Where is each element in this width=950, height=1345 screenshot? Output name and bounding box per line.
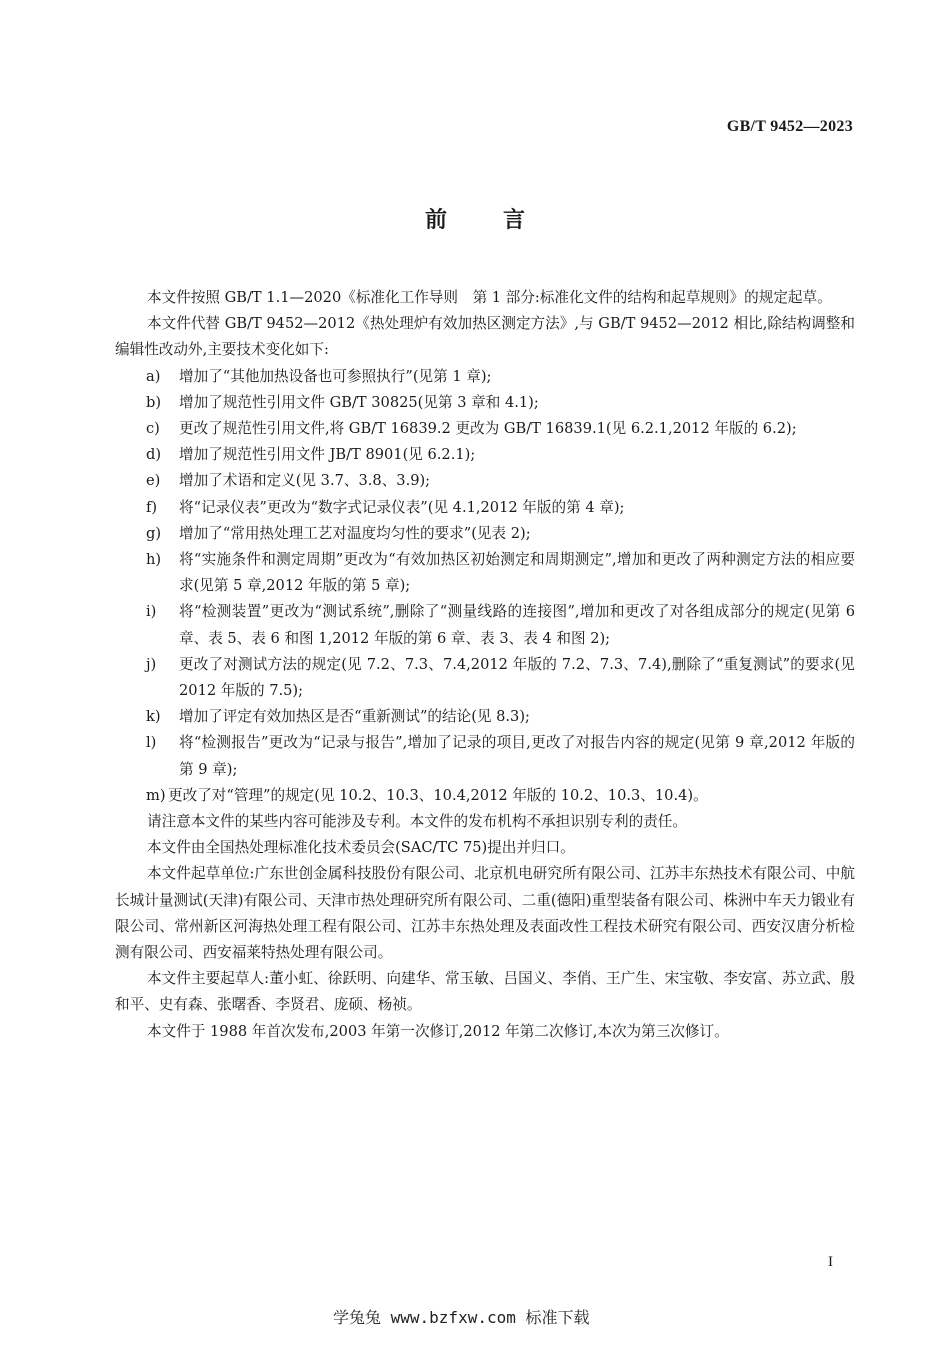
list-text: 更改了对测试方法的规定(见 7.2、7.3、7.4,2012 年版的 7.2、7…	[179, 652, 855, 704]
list-label: i)	[146, 599, 179, 651]
list-label: e)	[146, 468, 179, 494]
document-code: GB/T 9452—2023	[727, 118, 853, 136]
list-label: g)	[146, 521, 179, 547]
list-label: c)	[146, 416, 179, 442]
list-item: l)将“检测报告”更改为“记录与报告”,增加了记录的项目,更改了对报告内容的规定…	[115, 730, 855, 782]
list-item: a)增加了“其他加热设备也可参照执行”(见第 1 章);	[115, 364, 855, 390]
list-text: 增加了“其他加热设备也可参照执行”(见第 1 章);	[179, 364, 855, 390]
paragraph-replacement: 本文件代替 GB/T 9452—2012《热处理炉有效加热区测定方法》,与 GB…	[115, 311, 855, 363]
list-item: f)将“记录仪表”更改为“数字式记录仪表”(见 4.1,2012 年版的第 4 …	[115, 495, 855, 521]
list-label: f)	[146, 495, 179, 521]
list-label: k)	[146, 704, 179, 730]
list-item: b)增加了规范性引用文件 GB/T 30825(见第 3 章和 4.1);	[115, 390, 855, 416]
technical-changes-list: a)增加了“其他加热设备也可参照执行”(见第 1 章); b)增加了规范性引用文…	[115, 364, 855, 809]
list-item: k)增加了评定有效加热区是否“重新测试”的结论(见 8.3);	[115, 704, 855, 730]
list-label: j)	[146, 652, 179, 704]
list-label: b)	[146, 390, 179, 416]
list-text: 将“检测装置”更改为“测试系统”,删除了“测量线路的连接图”,增加和更改了对各组…	[179, 599, 855, 651]
paragraph-history: 本文件于 1988 年首次发布,2003 年第一次修订,2012 年第二次修订,…	[115, 1019, 855, 1045]
list-text: 将“检测报告”更改为“记录与报告”,增加了记录的项目,更改了对报告内容的规定(见…	[179, 730, 855, 782]
list-text: 增加了规范性引用文件 JB/T 8901(见 6.2.1);	[179, 442, 855, 468]
list-text: 增加了评定有效加热区是否“重新测试”的结论(见 8.3);	[179, 704, 855, 730]
list-text: 将“实施条件和测定周期”更改为“有效加热区初始测定和周期测定”,增加和更改了两种…	[179, 547, 855, 599]
list-item: h)将“实施条件和测定周期”更改为“有效加热区初始测定和周期测定”,增加和更改了…	[115, 547, 855, 599]
list-item: d)增加了规范性引用文件 JB/T 8901(见 6.2.1);	[115, 442, 855, 468]
list-item: g)增加了“常用热处理工艺对温度均匀性的要求”(见表 2);	[115, 521, 855, 547]
list-text: 增加了“常用热处理工艺对温度均匀性的要求”(见表 2);	[179, 521, 855, 547]
list-item: m)更改了对“管理”的规定(见 10.2、10.3、10.4,2012 年版的 …	[115, 783, 855, 809]
foreword-body: 本文件按照 GB/T 1.1—2020《标准化工作导则 第 1 部分:标准化文件…	[115, 285, 855, 1045]
list-text: 将“记录仪表”更改为“数字式记录仪表”(见 4.1,2012 年版的第 4 章)…	[179, 495, 855, 521]
list-item: c)更改了规范性引用文件,将 GB/T 16839.2 更改为 GB/T 168…	[115, 416, 855, 442]
paragraph-drafting-rules: 本文件按照 GB/T 1.1—2020《标准化工作导则 第 1 部分:标准化文件…	[115, 285, 855, 311]
list-item: e)增加了术语和定义(见 3.7、3.8、3.9);	[115, 468, 855, 494]
list-text: 更改了对“管理”的规定(见 10.2、10.3、10.4,2012 年版的 10…	[168, 783, 855, 809]
list-text: 更改了规范性引用文件,将 GB/T 16839.2 更改为 GB/T 16839…	[179, 416, 855, 442]
page-title: 前言	[0, 203, 950, 234]
list-item: i)将“检测装置”更改为“测试系统”,删除了“测量线路的连接图”,增加和更改了对…	[115, 599, 855, 651]
paragraph-patent-notice: 请注意本文件的某些内容可能涉及专利。本文件的发布机构不承担识别专利的责任。	[115, 809, 855, 835]
list-label: l)	[146, 730, 179, 782]
paragraph-drafting-units: 本文件起草单位:广东世创金属科技股份有限公司、北京机电研究所有限公司、江苏丰东热…	[115, 861, 855, 966]
paragraph-proposer: 本文件由全国热处理标准化技术委员会(SAC/TC 75)提出并归口。	[115, 835, 855, 861]
list-label: m)	[146, 783, 168, 809]
paragraph-drafters: 本文件主要起草人:董小虹、徐跃明、向建华、常玉敏、吕国义、李俏、王广生、宋宝敬、…	[115, 966, 855, 1018]
list-text: 增加了术语和定义(见 3.7、3.8、3.9);	[179, 468, 855, 494]
list-item: j)更改了对测试方法的规定(见 7.2、7.3、7.4,2012 年版的 7.2…	[115, 652, 855, 704]
list-label: d)	[146, 442, 179, 468]
list-label: a)	[146, 364, 179, 390]
watermark-text: 学兔兔 www.bzfxw.com 标准下载	[333, 1305, 590, 1328]
page-number: I	[828, 1254, 833, 1271]
list-label: h)	[146, 547, 179, 599]
list-text: 增加了规范性引用文件 GB/T 30825(见第 3 章和 4.1);	[179, 390, 855, 416]
